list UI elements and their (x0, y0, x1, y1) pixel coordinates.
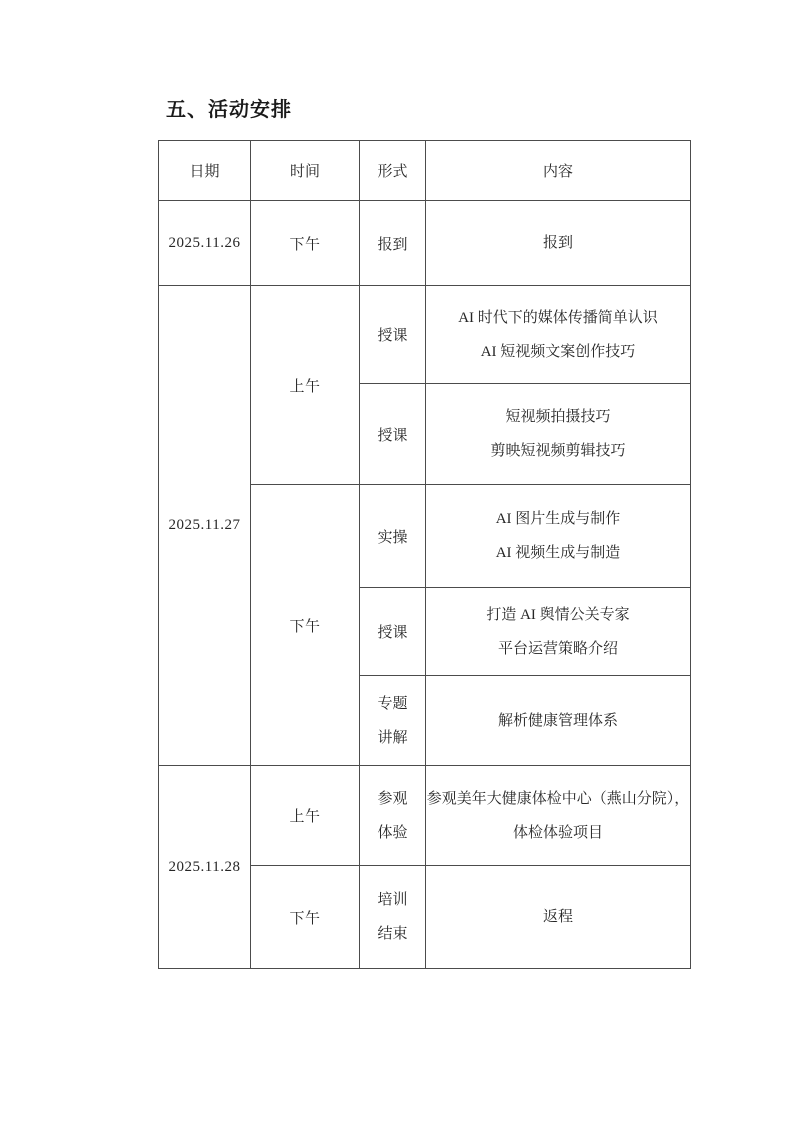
content-line: AI 时代下的媒体传播简单认识 (426, 301, 690, 335)
content-cell: 报到 (426, 201, 691, 286)
date-cell: 2025.11.26 (159, 201, 251, 286)
schedule-table: 日期 时间 形式 内容 2025.11.26 下午 报到 报到 2025.11.… (158, 140, 691, 969)
content-line: 解析健康管理体系 (426, 704, 690, 738)
time-cell: 上午 (251, 766, 360, 866)
table-row: 2025.11.27 上午 授课 AI 时代下的媒体传播简单认识 AI 短视频文… (159, 286, 691, 384)
format-line: 体验 (360, 816, 425, 850)
content-cell: 打造 AI 舆情公关专家 平台运营策略介绍 (426, 588, 691, 676)
content-line: 报到 (426, 226, 690, 260)
date-cell: 2025.11.27 (159, 286, 251, 766)
time-cell: 下午 (251, 485, 360, 766)
time-cell: 下午 (251, 866, 360, 969)
content-cell: 短视频拍摄技巧 剪映短视频剪辑技巧 (426, 384, 691, 485)
content-line: 打造 AI 舆情公关专家 (426, 598, 690, 632)
content-line: AI 短视频文案创作技巧 (426, 335, 690, 369)
format-cell: 实操 (360, 485, 426, 588)
format-cell: 授课 (360, 286, 426, 384)
format-cell: 授课 (360, 384, 426, 485)
header-content: 内容 (426, 141, 691, 201)
format-cell: 报到 (360, 201, 426, 286)
table-row: 2025.11.28 上午 参观 体验 参观美年大健康体检中心（燕山分院），体检… (159, 766, 691, 866)
header-date: 日期 (159, 141, 251, 201)
format-line: 专题 (360, 687, 425, 721)
table-row: 2025.11.26 下午 报到 报到 (159, 201, 691, 286)
format-line: 结束 (360, 917, 425, 951)
format-line: 讲解 (360, 721, 425, 755)
content-line: 参观美年大健康体检中心（燕山分院），体检体验项目 (426, 782, 690, 850)
content-line: 剪映短视频剪辑技巧 (426, 434, 690, 468)
format-cell: 专题 讲解 (360, 676, 426, 766)
content-cell: 返程 (426, 866, 691, 969)
section-title: 五、活动安排 (166, 96, 292, 124)
header-format: 形式 (360, 141, 426, 201)
format-cell: 培训 结束 (360, 866, 426, 969)
content-line: 返程 (426, 900, 690, 934)
time-cell: 下午 (251, 201, 360, 286)
content-cell: 解析健康管理体系 (426, 676, 691, 766)
content-line: AI 图片生成与制作 (426, 502, 690, 536)
header-time: 时间 (251, 141, 360, 201)
content-line: 短视频拍摄技巧 (426, 400, 690, 434)
format-cell: 参观 体验 (360, 766, 426, 866)
content-line: AI 视频生成与制造 (426, 536, 690, 570)
content-cell: 参观美年大健康体检中心（燕山分院），体检体验项目 (426, 766, 691, 866)
format-cell: 授课 (360, 588, 426, 676)
date-cell: 2025.11.28 (159, 766, 251, 969)
content-cell: AI 图片生成与制作 AI 视频生成与制造 (426, 485, 691, 588)
table-header-row: 日期 时间 形式 内容 (159, 141, 691, 201)
content-cell: AI 时代下的媒体传播简单认识 AI 短视频文案创作技巧 (426, 286, 691, 384)
format-line: 参观 (360, 782, 425, 816)
time-cell: 上午 (251, 286, 360, 485)
document-page: 五、活动安排 日期 时间 形式 内容 2025.11.26 下午 报到 报到 (0, 0, 800, 1131)
content-line: 平台运营策略介绍 (426, 632, 690, 666)
format-line: 培训 (360, 883, 425, 917)
